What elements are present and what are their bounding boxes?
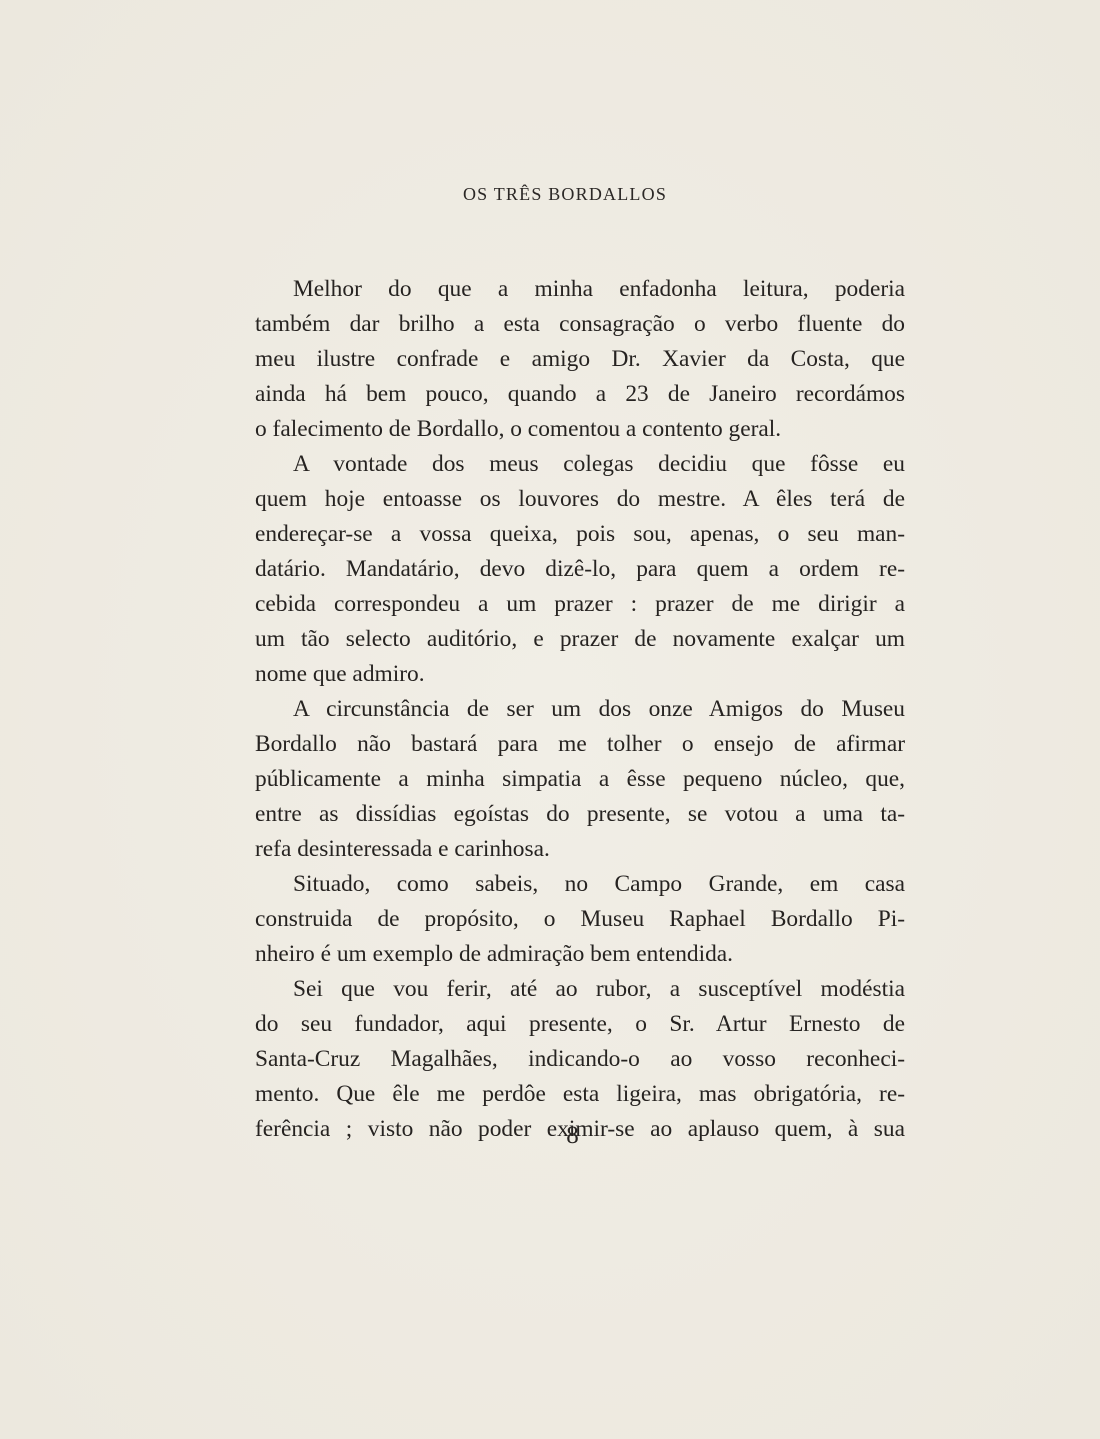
text-line: um tão selecto auditório, e prazer de no… (255, 622, 905, 657)
text-line: nheiro é um exemplo de admiração bem ent… (255, 937, 905, 972)
text-line: refa desinteressada e carinhosa. (255, 832, 905, 867)
text-line: públicamente a minha simpatia a êsse peq… (255, 762, 905, 797)
text-line: meu ilustre confrade e amigo Dr. Xavier … (255, 342, 905, 377)
text-line: Situado, como sabeis, no Campo Grande, e… (255, 867, 905, 902)
text-line: A vontade dos meus colegas decidiu que f… (255, 447, 905, 482)
body-text: Melhor do que a minha enfadonha leitura,… (255, 272, 905, 1147)
text-line: do seu fundador, aqui presente, o Sr. Ar… (255, 1007, 905, 1042)
text-line: o falecimento de Bordallo, o comentou a … (255, 412, 905, 447)
text-line: ainda há bem pouco, quando a 23 de Janei… (255, 377, 905, 412)
text-line: construida de propósito, o Museu Raphael… (255, 902, 905, 937)
text-line: Melhor do que a minha enfadonha leitura,… (255, 272, 905, 307)
text-line: Santa-Cruz Magalhães, indicando-o ao vos… (255, 1042, 905, 1077)
text-line: endereçar-se a vossa queixa, pois sou, a… (255, 517, 905, 552)
text-line: Sei que vou ferir, até ao rubor, a susce… (255, 972, 905, 1007)
text-line: datário. Mandatário, devo dizê-lo, para … (255, 552, 905, 587)
text-line: também dar brilho a esta consagração o v… (255, 307, 905, 342)
text-line: Bordallo não bastará para me tolher o en… (255, 727, 905, 762)
text-line: nome que admiro. (255, 657, 905, 692)
page-number: 8 (0, 1122, 1100, 1150)
text-line: entre as dissídias egoístas do presente,… (255, 797, 905, 832)
book-page: OS TRÊS BORDALLOS Melhor do que a minha … (0, 0, 1100, 1439)
text-line: quem hoje entoasse os louvores do mestre… (255, 482, 905, 517)
running-title: OS TRÊS BORDALLOS (0, 184, 1100, 205)
text-line: A circunstância de ser um dos onze Amigo… (255, 692, 905, 727)
text-line: cebida correspondeu a um prazer : prazer… (255, 587, 905, 622)
text-line: mento. Que êle me perdôe esta ligeira, m… (255, 1077, 905, 1112)
